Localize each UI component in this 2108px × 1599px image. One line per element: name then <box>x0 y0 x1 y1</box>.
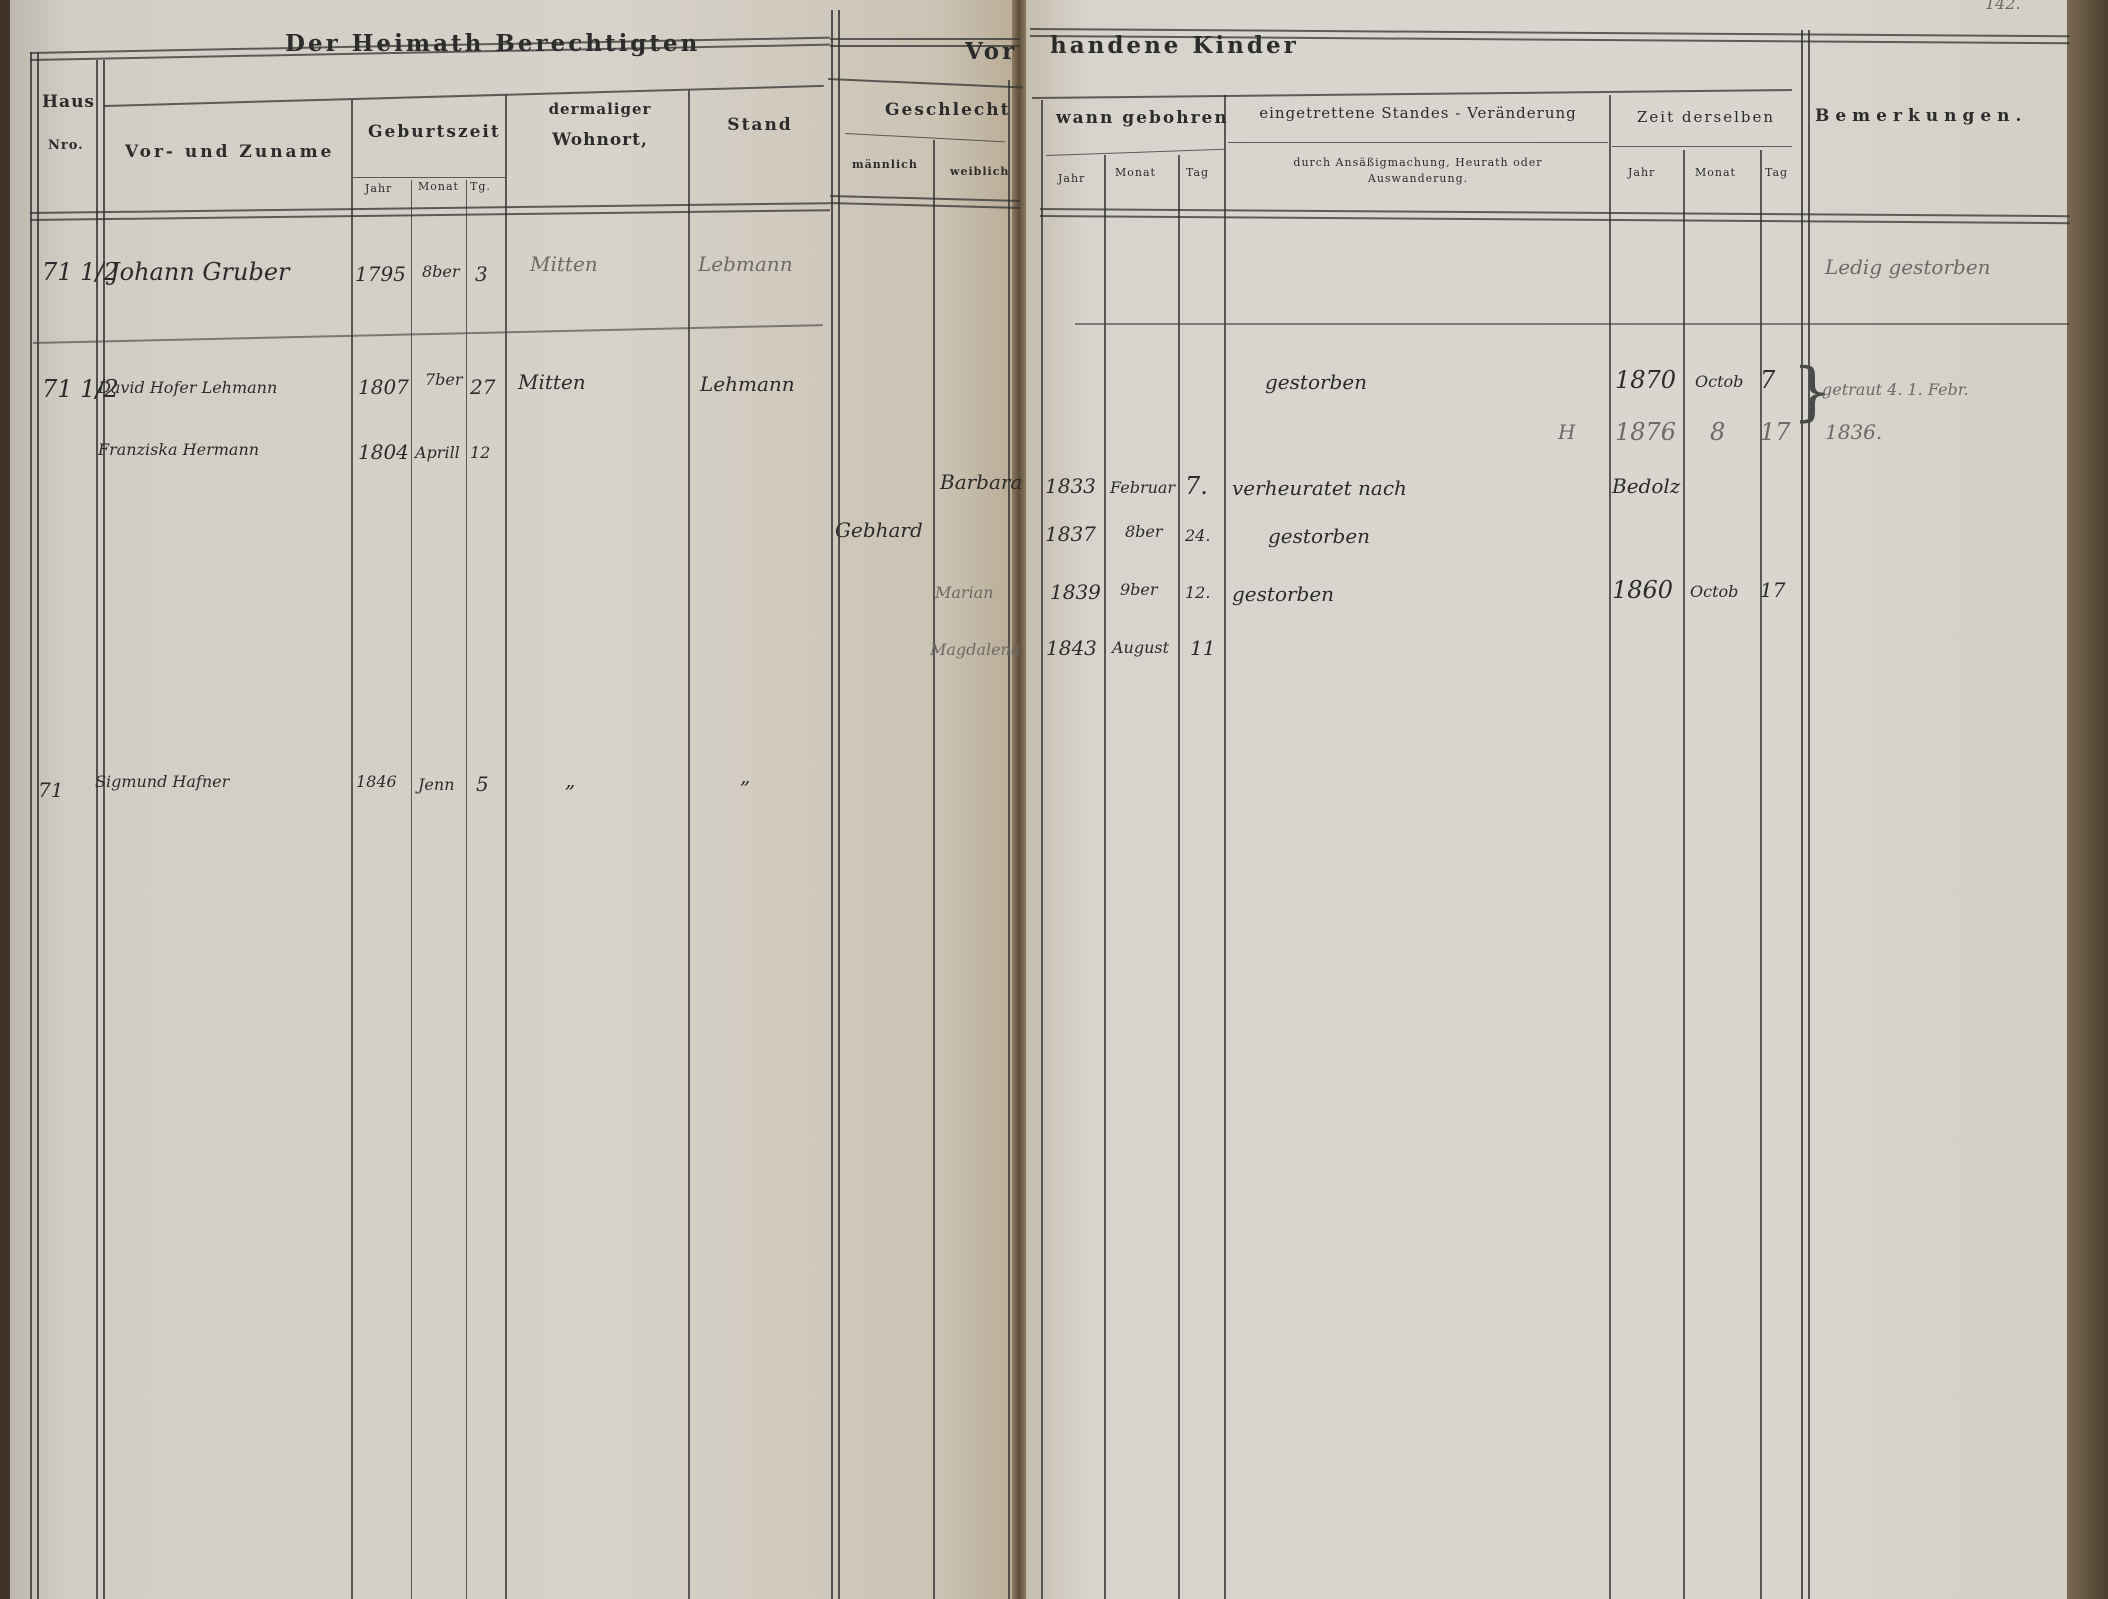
child-4-weiblich: Magdalena <box>930 640 1020 659</box>
header-wohnort-1: dermaliger <box>515 100 685 118</box>
header-geschlecht: Geschlecht <box>885 100 1010 120</box>
entry-2-person-2-zeit-tag: 17 <box>1760 418 1791 446</box>
header-veraenderung-sub-1: durch Ansäßigmachung, Heurath oder <box>1228 156 1608 169</box>
header-title-kinder: handene Kinder <box>1050 32 1299 59</box>
child-3-monat: 9ber <box>1120 580 1158 599</box>
child-4-jahr: 1843 <box>1046 636 1097 660</box>
header-kinder-monat: Monat <box>1115 166 1156 179</box>
entry-2-person-2-name: Franziska Hermann <box>98 440 259 459</box>
child-3-zeit-monat: Octob <box>1690 582 1738 601</box>
child-3-weiblich: Marian <box>935 583 994 602</box>
entry-2-person-1-zeit-monat: Octob <box>1695 372 1743 391</box>
entry-2-bemerkung-2: 1836. <box>1825 420 1882 444</box>
child-1-veraenderung: verheuratet nach <box>1232 476 1407 500</box>
child-1-ziel: Bedolz <box>1612 474 1680 498</box>
child-4-monat: August <box>1112 638 1169 657</box>
entry-3-haus-nr: 71 <box>38 778 63 802</box>
entry-2-person-1-zeit-tag: 7 <box>1760 366 1775 394</box>
col-border-jahr <box>411 180 412 1599</box>
child-3-zeit-tag: 17 <box>1760 578 1785 602</box>
col-border-outer-left <box>30 52 39 1599</box>
col-border-kinder-jahr <box>1104 155 1106 1599</box>
header-title-vor: Vor <box>965 38 1017 65</box>
header-nro: Nro. <box>48 138 84 153</box>
header-kinder-tag: Tag <box>1186 166 1209 179</box>
header-zeit-tag: Tag <box>1765 166 1788 179</box>
header-title-heimath: Der Heimath Berechtigten <box>285 30 700 57</box>
entry-1-stand: Lebmann <box>698 252 793 276</box>
veraenderung-subdivider <box>1228 142 1608 143</box>
col-border-stand <box>831 10 840 1599</box>
child-1-tag: 7. <box>1185 472 1208 500</box>
entry-3-name: Sigmund Hafner <box>95 772 229 791</box>
child-2-jahr: 1837 <box>1045 522 1096 546</box>
col-border-kinder-left <box>1041 100 1043 1599</box>
geburtszeit-subdivider <box>353 177 505 178</box>
child-4-tag: 11 <box>1190 636 1215 660</box>
col-border-maennlich <box>933 140 935 1599</box>
entry-1-name: Johann Gruber <box>110 258 290 286</box>
header-wann-gebohren: wann gebohren <box>1056 108 1229 128</box>
entry-2-person-1-tag: 27 <box>470 375 495 399</box>
entry-2-person-2-jahr: 1804 <box>358 440 409 464</box>
entry-2-person-2-monat: Aprill <box>415 443 460 462</box>
entry-2-bemerkung-1: getraut 4. 1. Febr. <box>1822 380 1969 399</box>
col-border-wohnort <box>688 90 690 1599</box>
col-border-haus <box>96 60 105 1599</box>
entry-1-wohnort: Mitten <box>530 252 598 276</box>
header-zeit-jahr: Jahr <box>1628 166 1655 179</box>
child-2-monat: 8ber <box>1125 522 1163 541</box>
header-maennlich: männlich <box>852 158 918 171</box>
entry-1-jahr: 1795 <box>355 262 406 286</box>
child-3-zeit-jahr: 1860 <box>1612 576 1673 604</box>
entry-3-tag: 5 <box>476 772 489 796</box>
entry-1-tag: 3 <box>475 262 488 286</box>
col-border-name <box>351 100 353 1599</box>
entry-1-monat: 8ber <box>422 262 460 281</box>
child-3-tag: 12. <box>1185 583 1210 602</box>
header-geburtszeit: Geburtszeit <box>368 122 501 142</box>
book-gutter <box>1012 0 1026 1599</box>
book-edge-right <box>2067 0 2108 1599</box>
child-1-monat: Februar <box>1110 478 1175 497</box>
left-page <box>10 0 1020 1599</box>
header-bemerkungen: Bemerkungen. <box>1815 106 2027 126</box>
header-stand: Stand <box>690 115 830 135</box>
col-border-zeit-jahr <box>1683 150 1685 1599</box>
entry-2-person-1-monat: 7ber <box>425 370 463 389</box>
entry-2-person-1-jahr: 1807 <box>358 375 409 399</box>
child-3-veraenderung: gestorben <box>1232 582 1334 606</box>
header-standes-veraenderung: eingetrettene Standes - Veränderung <box>1228 104 1608 122</box>
child-2-tag: 24. <box>1185 526 1210 545</box>
child-1-weiblich: Barbara <box>940 470 1022 494</box>
child-1-jahr: 1833 <box>1045 474 1096 498</box>
entry-2-person-1-name: David Hofer Lehmann <box>98 378 277 397</box>
entry-3-stand: „ <box>740 764 750 788</box>
col-border-weiblich <box>1008 80 1010 1599</box>
header-geburtszeit-monat: Monat <box>418 180 459 193</box>
entry-2-person-2-zeit-jahr: 1876 <box>1615 418 1676 446</box>
entry-2-person-1-veraenderung: gestorben <box>1265 370 1367 394</box>
page-number: 142. <box>1985 0 2021 13</box>
col-border-kinder-monat <box>1178 155 1180 1599</box>
col-border-zeit-tag <box>1801 30 1810 1599</box>
entry-2-person-2-mark: H <box>1558 420 1575 444</box>
col-border-kinder-tag <box>1224 95 1226 1599</box>
entry-1-separator-right <box>1075 323 2070 325</box>
header-veraenderung-sub-2: Auswanderung. <box>1228 172 1608 185</box>
header-weiblich: weiblich <box>950 165 1009 178</box>
entry-2-person-2-tag: 12 <box>470 443 490 462</box>
child-2-veraenderung: gestorben <box>1268 524 1370 548</box>
entry-2-person-1-stand: Lehmann <box>700 372 795 396</box>
header-zeit-derselben: Zeit derselben <box>1612 108 1800 126</box>
header-name: Vor- und Zuname <box>125 142 334 162</box>
header-geburtszeit-jahr: Jahr <box>365 182 392 195</box>
header-haus: Haus <box>42 92 95 112</box>
entry-3-jahr: 1846 <box>356 772 397 791</box>
entry-2-person-1-zeit-jahr: 1870 <box>1615 366 1676 394</box>
zeit-subdivider <box>1612 146 1792 147</box>
header-zeit-monat: Monat <box>1695 166 1736 179</box>
entry-2-person-2-zeit-monat: 8 <box>1710 418 1725 446</box>
col-border-veraenderung <box>1609 95 1611 1599</box>
header-geburtszeit-tag: Tg. <box>470 180 491 193</box>
header-kinder-jahr: Jahr <box>1058 172 1085 185</box>
entry-1-bemerkung: Ledig gestorben <box>1825 255 1991 279</box>
col-border-geburtszeit <box>505 95 507 1599</box>
entry-2-person-1-wohnort: Mitten <box>518 370 586 394</box>
entry-3-monat: Jenn <box>418 775 455 794</box>
entry-3-wohnort: „ <box>565 768 575 792</box>
header-wohnort-2: Wohnort, <box>515 130 685 150</box>
col-border-monat <box>466 180 467 1599</box>
entry-1-haus-nr: 71 1/2 <box>42 258 119 286</box>
child-3-jahr: 1839 <box>1050 580 1101 604</box>
child-2-maennlich: Gebhard <box>835 518 923 542</box>
